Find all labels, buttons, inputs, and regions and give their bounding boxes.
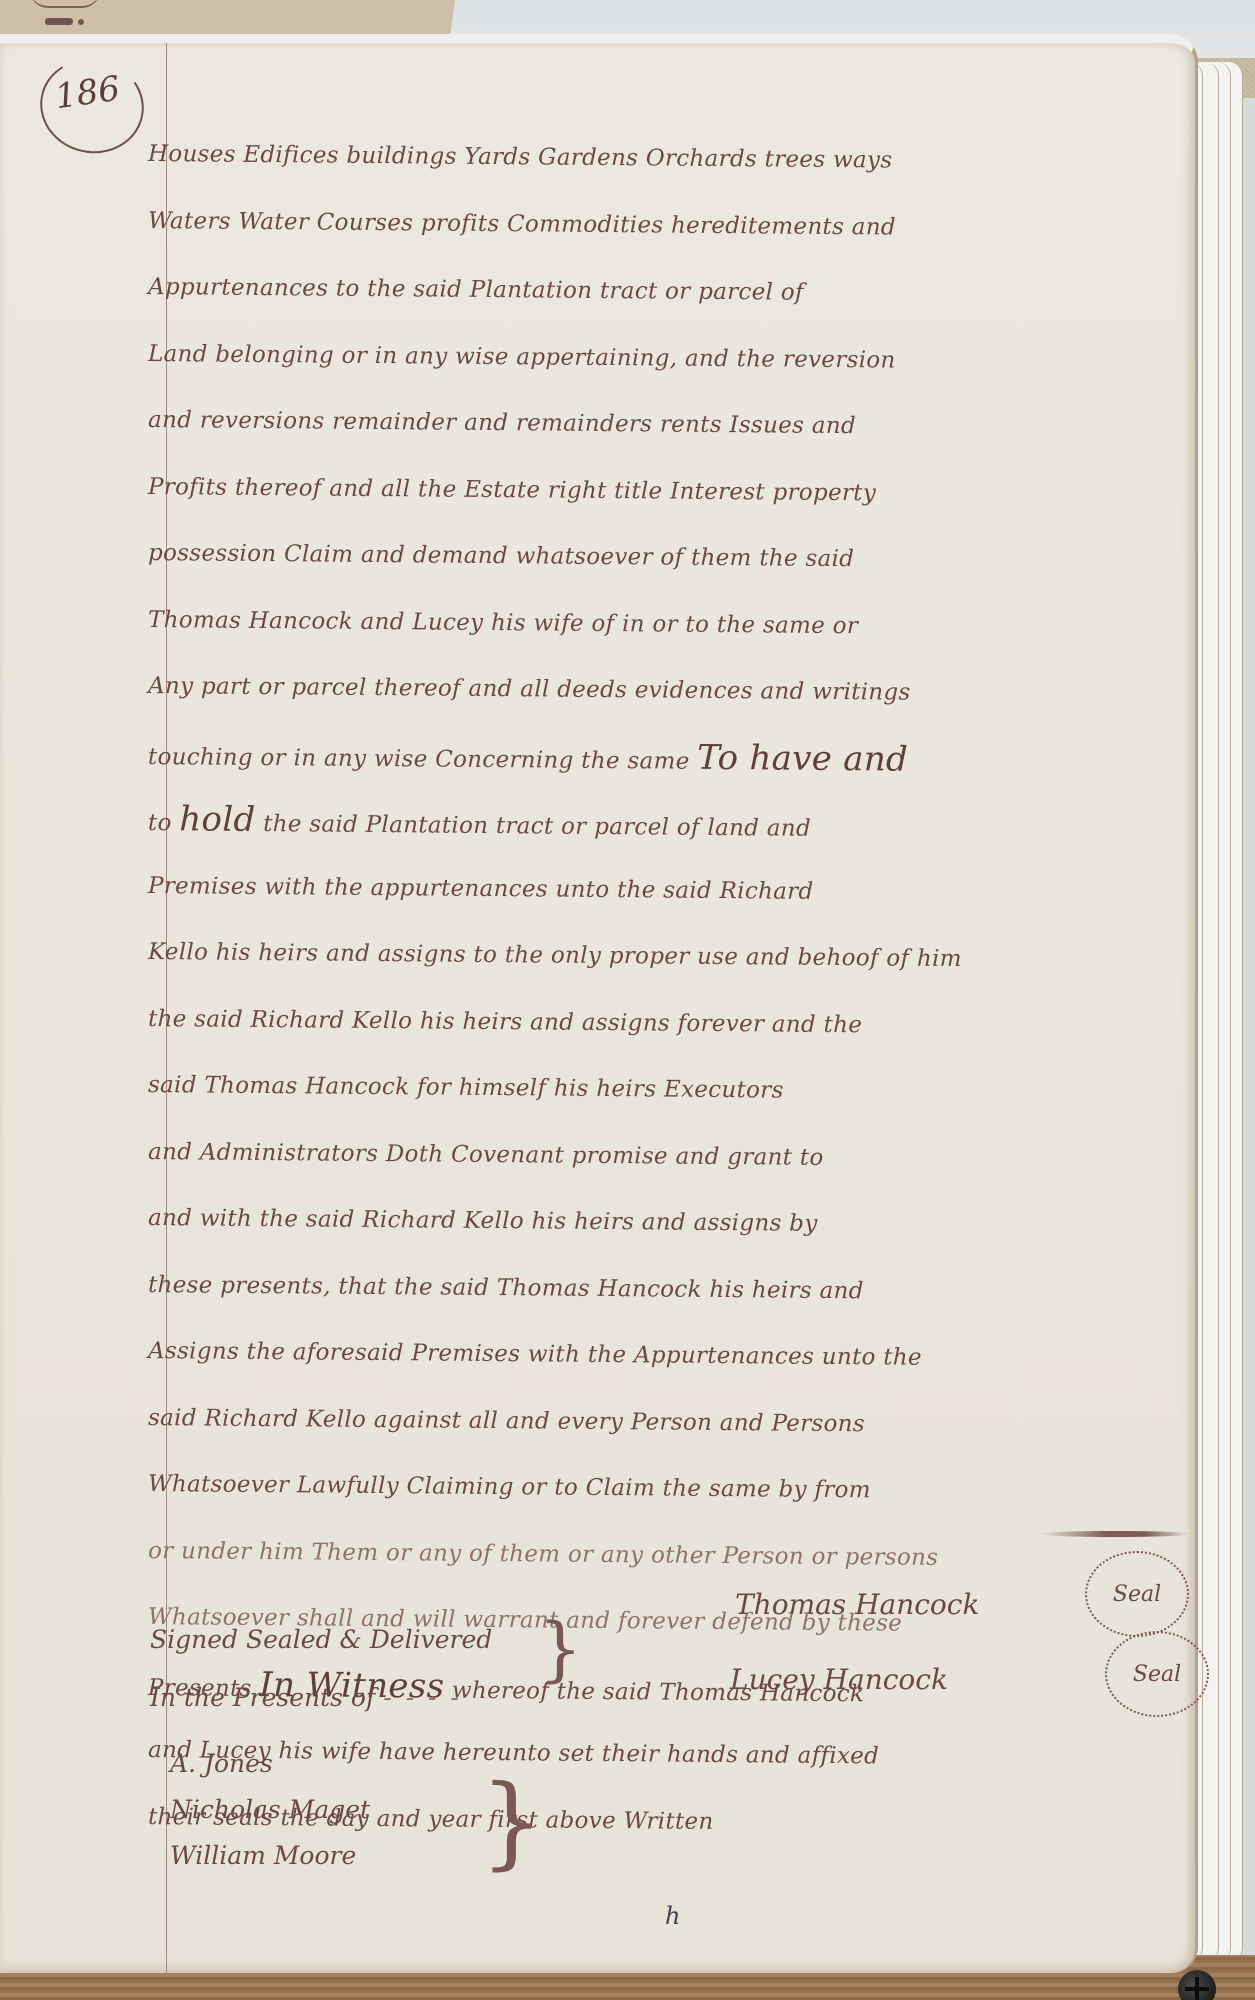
to-have-and-emphasis: To have and <box>697 737 908 779</box>
deed-line: and reversions remainder and remainders … <box>148 387 1179 462</box>
deed-line: to hold the said Plantation tract or par… <box>148 786 1179 861</box>
deed-line: the said Richard Kello his heirs and ass… <box>148 986 1179 1061</box>
deed-text-run: to <box>148 810 172 836</box>
deed-line: and Lucey his wife have hereunto set the… <box>148 1717 1179 1792</box>
deed-line: Any part or parcel thereof and all deeds… <box>148 653 1179 728</box>
deed-line: touching or in any wise Concerning the s… <box>148 720 1179 795</box>
deed-line: these presents, that the said Thomas Han… <box>148 1252 1179 1327</box>
screw-icon <box>1178 1970 1216 2000</box>
deed-line: Kello his heirs and assigns to the only … <box>148 919 1179 994</box>
deed-line: and Administrators Doth Covenant promise… <box>148 1119 1179 1194</box>
deed-line: Thomas Hancock and Lucey his wife of in … <box>148 587 1179 662</box>
deed-line: Whatsoever Lawfully Claiming or to Claim… <box>148 1451 1179 1526</box>
hold-emphasis: hold <box>179 799 256 840</box>
adjacent-ink-dot <box>78 19 84 25</box>
pencil-annotation: h <box>665 1902 680 1930</box>
deed-line: Land belonging or in any wise appertaini… <box>148 321 1179 396</box>
deed-line: Assigns the aforesaid Premises with the … <box>148 1318 1179 1393</box>
deed-line: Profits thereof and all the Estate right… <box>148 454 1179 529</box>
deed-line: Houses Edifices buildings Yards Gardens … <box>148 121 1179 196</box>
deed-line: or under him Them or any of them or any … <box>148 1518 1179 1593</box>
deed-text-run: whereof the said Thomas Hancock <box>452 1677 865 1707</box>
deed-text-run: Presents <box>148 1675 252 1702</box>
deed-line: possession Claim and demand whatsoever o… <box>148 520 1179 595</box>
deed-line: said Richard Kello against all and every… <box>148 1385 1179 1460</box>
adjacent-ink-mark <box>45 18 73 25</box>
deed-line: Whatsoever shall and will warrant and fo… <box>148 1584 1179 1659</box>
deed-text: Houses Edifices buildings Yards Gardens … <box>148 121 1178 1850</box>
deed-line: said Thomas Hancock for himself his heir… <box>148 1052 1179 1127</box>
deed-line: and with the said Richard Kello his heir… <box>148 1185 1179 1260</box>
deed-line: their seals the day and year first above… <box>148 1784 1179 1859</box>
in-witness-emphasis: In Witness <box>259 1664 444 1706</box>
ledger-page: 186 Houses Edifices buildings Yards Gard… <box>0 34 1198 1973</box>
deed-line: Premises with the appurtenances unto the… <box>148 853 1179 928</box>
deed-text-run: touching or in any wise Concerning the s… <box>148 744 690 775</box>
deed-line: Presents In Witness whereof the said Tho… <box>148 1651 1179 1726</box>
deed-text-run: the said Plantation tract or parcel of l… <box>263 811 811 842</box>
deed-line: Appurtenances to the said Plantation tra… <box>148 254 1179 329</box>
deed-line: Waters Water Courses profits Commodities… <box>148 188 1179 263</box>
